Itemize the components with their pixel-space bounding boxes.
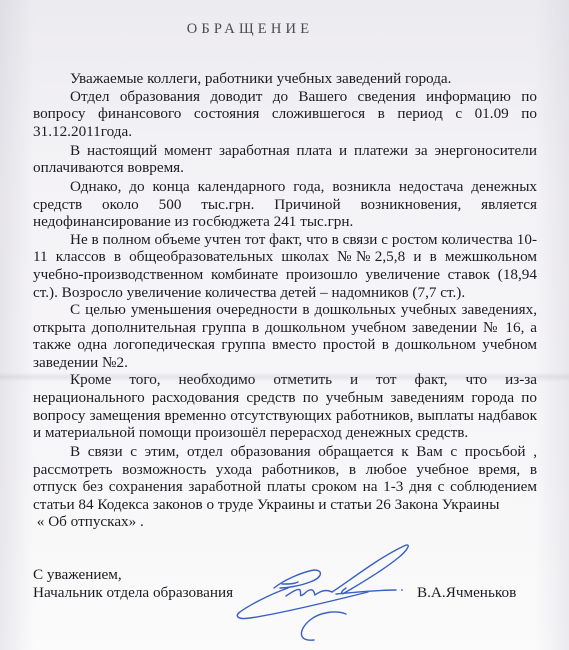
paragraph-preschool-groups: С целью уменьшения очередности в дошколь… — [33, 301, 537, 371]
paragraph-shortage: Однако, до конца календарного года, возн… — [33, 178, 537, 231]
paragraph-salary-status: В настоящий момент заработная плата и пл… — [33, 142, 537, 177]
signer-name: В.А.Ячменьков — [417, 584, 516, 602]
handwritten-signature — [228, 540, 438, 650]
paragraph-law-reference: « Об отпусках» . — [33, 513, 537, 531]
closing-regards: С уважением, — [33, 566, 233, 584]
paragraph-overspending: Кроме того, необходимо отметить и тот фа… — [33, 371, 537, 441]
closing-block: С уважением, Начальник отдела образовани… — [33, 566, 233, 602]
paragraph-class-growth: Не в полном объеме учтен тот факт, что в… — [33, 231, 537, 301]
greeting-paragraph: Уважаемые коллеги, работники учебных зав… — [33, 70, 537, 88]
letter-body: Уважаемые коллеги, работники учебных зав… — [33, 70, 537, 531]
signer-position: Начальник отдела образования — [33, 584, 233, 602]
paragraph-financial-info: Отдел образования доводит до Вашего свед… — [33, 88, 537, 141]
paragraph-request: В связи с этим, отдел образования обраща… — [33, 443, 537, 513]
document-title: ОБРАЩЕНИЕ — [0, 21, 500, 38]
